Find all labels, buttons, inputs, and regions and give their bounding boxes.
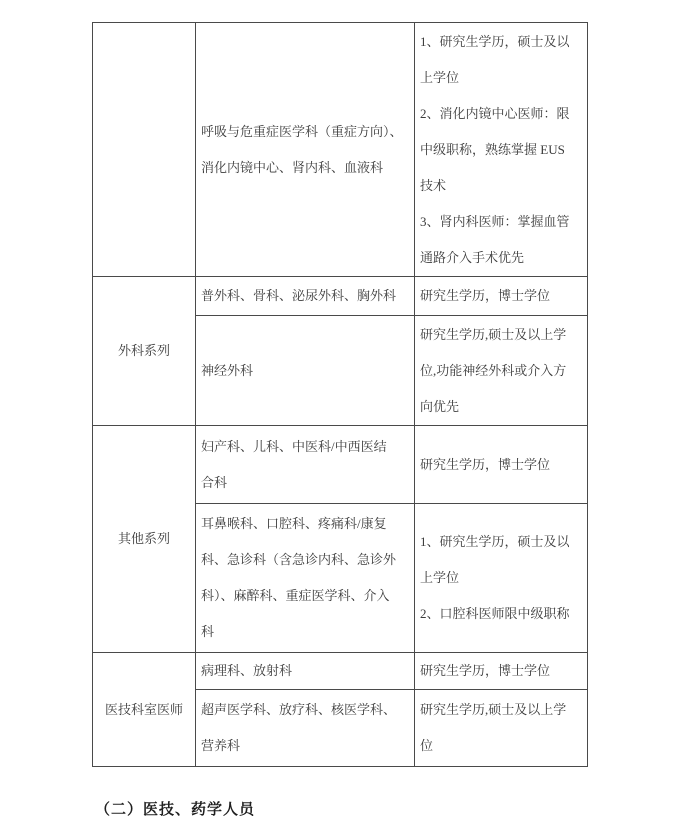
departments-cell: 超声医学科、放疗科、核医学科、 营养科 (196, 690, 415, 767)
requirements-cell: 研究生学历，博士学位 (415, 277, 588, 316)
table-row: 呼吸与危重症医学科（重症方向）、 消化内镜中心、肾内科、血液科 1、研究生学历，… (93, 23, 588, 277)
requirements-cell: 1、研究生学历，硕士及以 上学位 2、口腔科医师限中级职称 (415, 504, 588, 653)
table-row: 外科系列 普外科、骨科、泌尿外科、胸外科 研究生学历，博士学位 (93, 277, 588, 316)
requirements-cell: 研究生学历，博士学位 (415, 426, 588, 504)
table-row: 其他系列 妇产科、儿科、中医科/中西医结 合科 研究生学历，博士学位 (93, 426, 588, 504)
section-heading: （二）医技、药学人员 (95, 798, 255, 819)
category-cell-surgery: 外科系列 (93, 277, 196, 426)
departments-cell: 耳鼻喉科、口腔科、疼痛科/康复 科、急诊科（含急诊内科、急诊外 科）、麻醉科、重… (196, 504, 415, 653)
category-cell-medtech: 医技科室医师 (93, 653, 196, 767)
table-row: 医技科室医师 病理科、放射科 研究生学历，博士学位 (93, 653, 588, 690)
requirements-cell: 研究生学历,硕士及以上学 位,功能神经外科或介入方 向优先 (415, 316, 588, 426)
document-page: 呼吸与危重症医学科（重症方向）、 消化内镜中心、肾内科、血液科 1、研究生学历，… (0, 0, 679, 840)
departments-cell: 呼吸与危重症医学科（重症方向）、 消化内镜中心、肾内科、血液科 (196, 23, 415, 277)
category-cell-other: 其他系列 (93, 426, 196, 653)
requirements-cell: 研究生学历,硕士及以上学 位 (415, 690, 588, 767)
departments-cell: 病理科、放射科 (196, 653, 415, 690)
requirements-cell: 1、研究生学历，硕士及以 上学位 2、消化内镜中心医师：限 中级职称，熟练掌握 … (415, 23, 588, 277)
departments-cell: 妇产科、儿科、中医科/中西医结 合科 (196, 426, 415, 504)
departments-cell: 普外科、骨科、泌尿外科、胸外科 (196, 277, 415, 316)
requirements-cell: 研究生学历，博士学位 (415, 653, 588, 690)
category-cell-empty (93, 23, 196, 277)
departments-cell: 神经外科 (196, 316, 415, 426)
recruitment-requirements-table: 呼吸与危重症医学科（重症方向）、 消化内镜中心、肾内科、血液科 1、研究生学历，… (92, 22, 588, 767)
